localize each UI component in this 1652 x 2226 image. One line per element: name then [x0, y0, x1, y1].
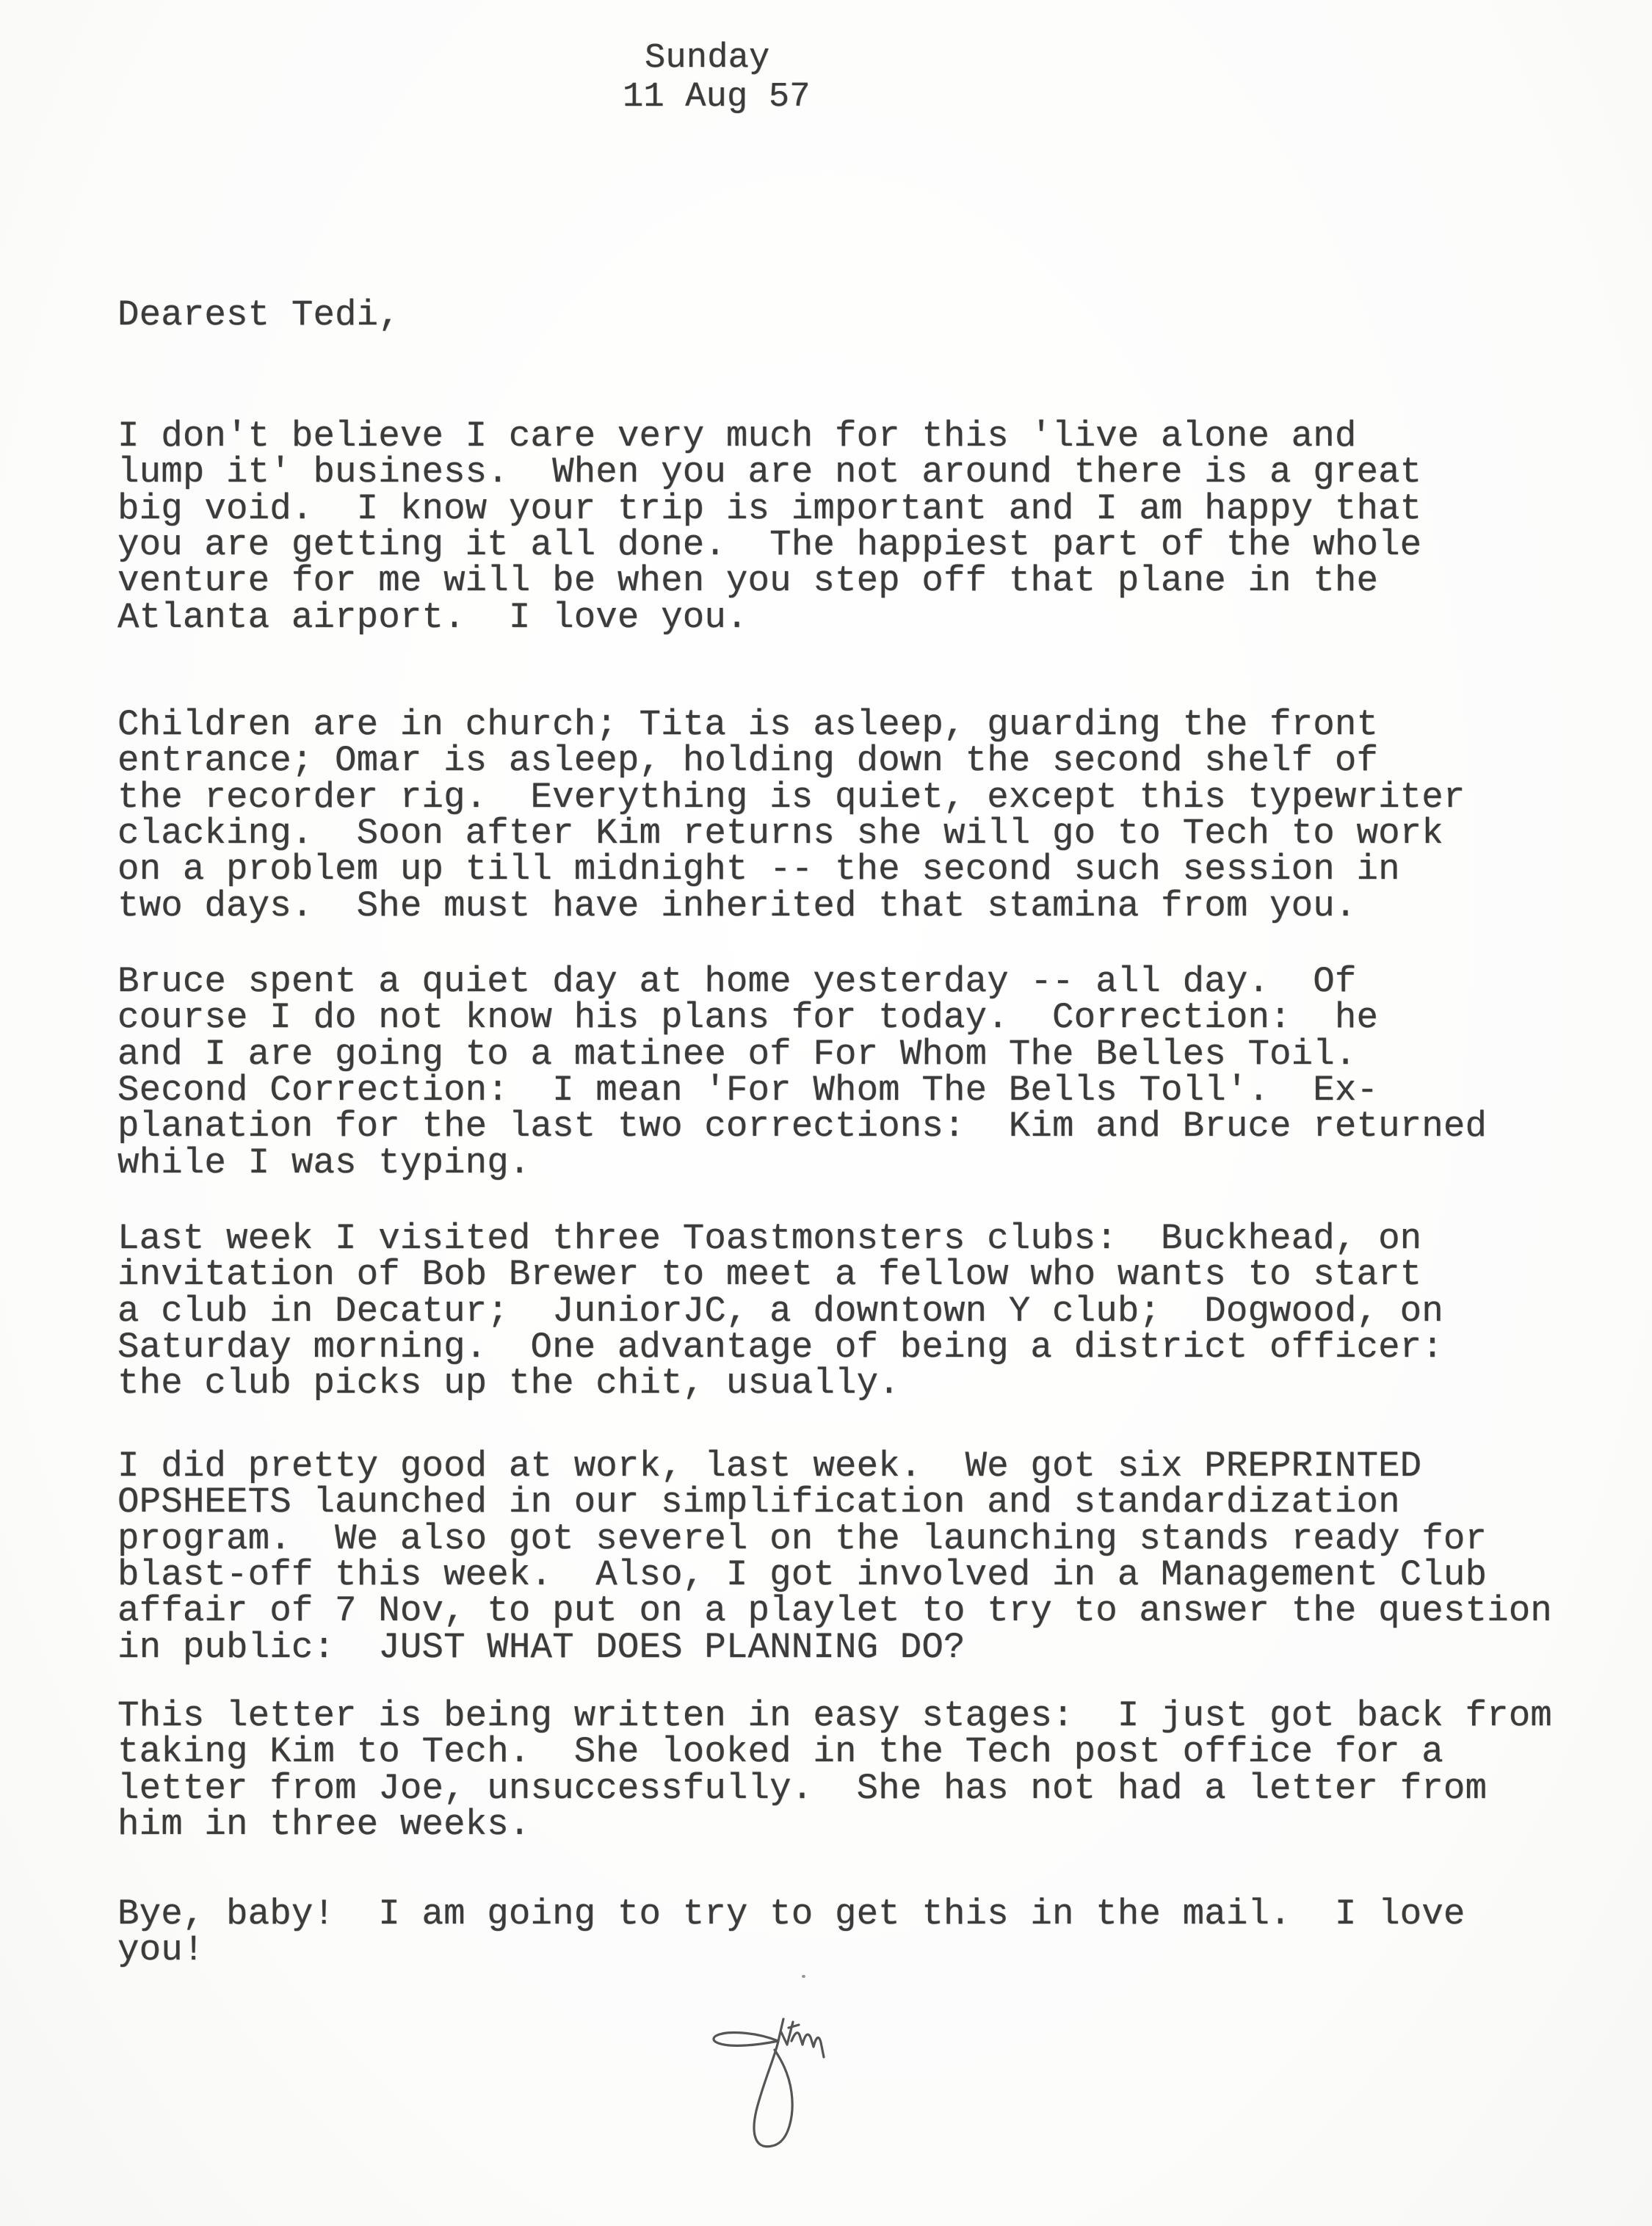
letter-line: two days. She must have inherited that s…: [117, 888, 1356, 924]
letter-line: Saturday morning. One advantage of being…: [117, 1330, 1443, 1366]
letter-line: you!: [117, 1932, 204, 1968]
letter-line: the recorder rig. Everything is quiet, e…: [117, 780, 1466, 816]
letter-line: letter from Joe, unsuccessfully. She has…: [117, 1771, 1487, 1807]
letter-line: Second Correction: I mean 'For Whom The …: [117, 1073, 1378, 1109]
letter-line: venture for me will be when you step off…: [117, 563, 1378, 599]
letter-line: lump it' business. When you are not arou…: [117, 454, 1421, 490]
letter-line: Atlanta airport. I love you.: [117, 600, 748, 636]
letter-line: program. We also got severel on the laun…: [117, 1521, 1487, 1557]
letter-line: Bruce spent a quiet day at home yesterda…: [117, 964, 1356, 1000]
letter-line: Bye, baby! I am going to try to get this…: [117, 1896, 1466, 1932]
letter-line: blast-off this week. Also, I got involve…: [117, 1557, 1487, 1593]
letter-line: planation for the last two corrections: …: [117, 1109, 1487, 1145]
letter-line: invitation of Bob Brewer to meet a fello…: [117, 1257, 1421, 1293]
letter-line: on a problem up till midnight -- the sec…: [117, 852, 1400, 888]
letter-line: the club picks up the chit, usually.: [117, 1366, 900, 1402]
letter-line: I did pretty good at work, last week. We…: [117, 1449, 1421, 1484]
letter-line: course I do not know his plans for today…: [117, 1000, 1378, 1036]
letter-line: while I was typing.: [117, 1145, 531, 1181]
letter-line: taking Kim to Tech. She looked in the Te…: [117, 1734, 1443, 1770]
date-full: 11 Aug 57: [623, 79, 811, 115]
letter-line: Last week I visited three Toastmonsters …: [117, 1221, 1421, 1257]
letter-line: in public: JUST WHAT DOES PLANNING DO?: [117, 1630, 966, 1666]
letter-line: This letter is being written in easy sta…: [117, 1698, 1552, 1734]
letter-line: I don't believe I care very much for thi…: [117, 418, 1356, 454]
letter-line: clacking. Soon after Kim returns she wil…: [117, 816, 1443, 852]
letter-line: you are getting it all done. The happies…: [117, 527, 1421, 563]
letter-line: entrance; Omar is asleep, holding down t…: [117, 743, 1378, 779]
letter-page: Sunday 11 Aug 57 Dearest Tedi, I don't b…: [0, 0, 1652, 2226]
letter-line: Children are in church; Tita is asleep, …: [117, 707, 1378, 743]
letter-line: OPSHEETS launched in our simplification …: [117, 1484, 1400, 1520]
letter-line: affair of 7 Nov, to put on a playlet to …: [117, 1593, 1552, 1629]
letter-line: him in three weeks.: [117, 1807, 531, 1843]
ink-speck: [802, 1975, 805, 1978]
salutation: Dearest Tedi,: [117, 297, 400, 333]
signature-icon: Jim: [705, 2012, 874, 2180]
letter-line: big void. I know your trip is important …: [117, 491, 1421, 527]
letter-line: a club in Decatur; JuniorJC, a downtown …: [117, 1294, 1443, 1330]
letter-line: and I are going to a matinee of For Whom…: [117, 1037, 1356, 1073]
date-day: Sunday: [645, 40, 769, 76]
